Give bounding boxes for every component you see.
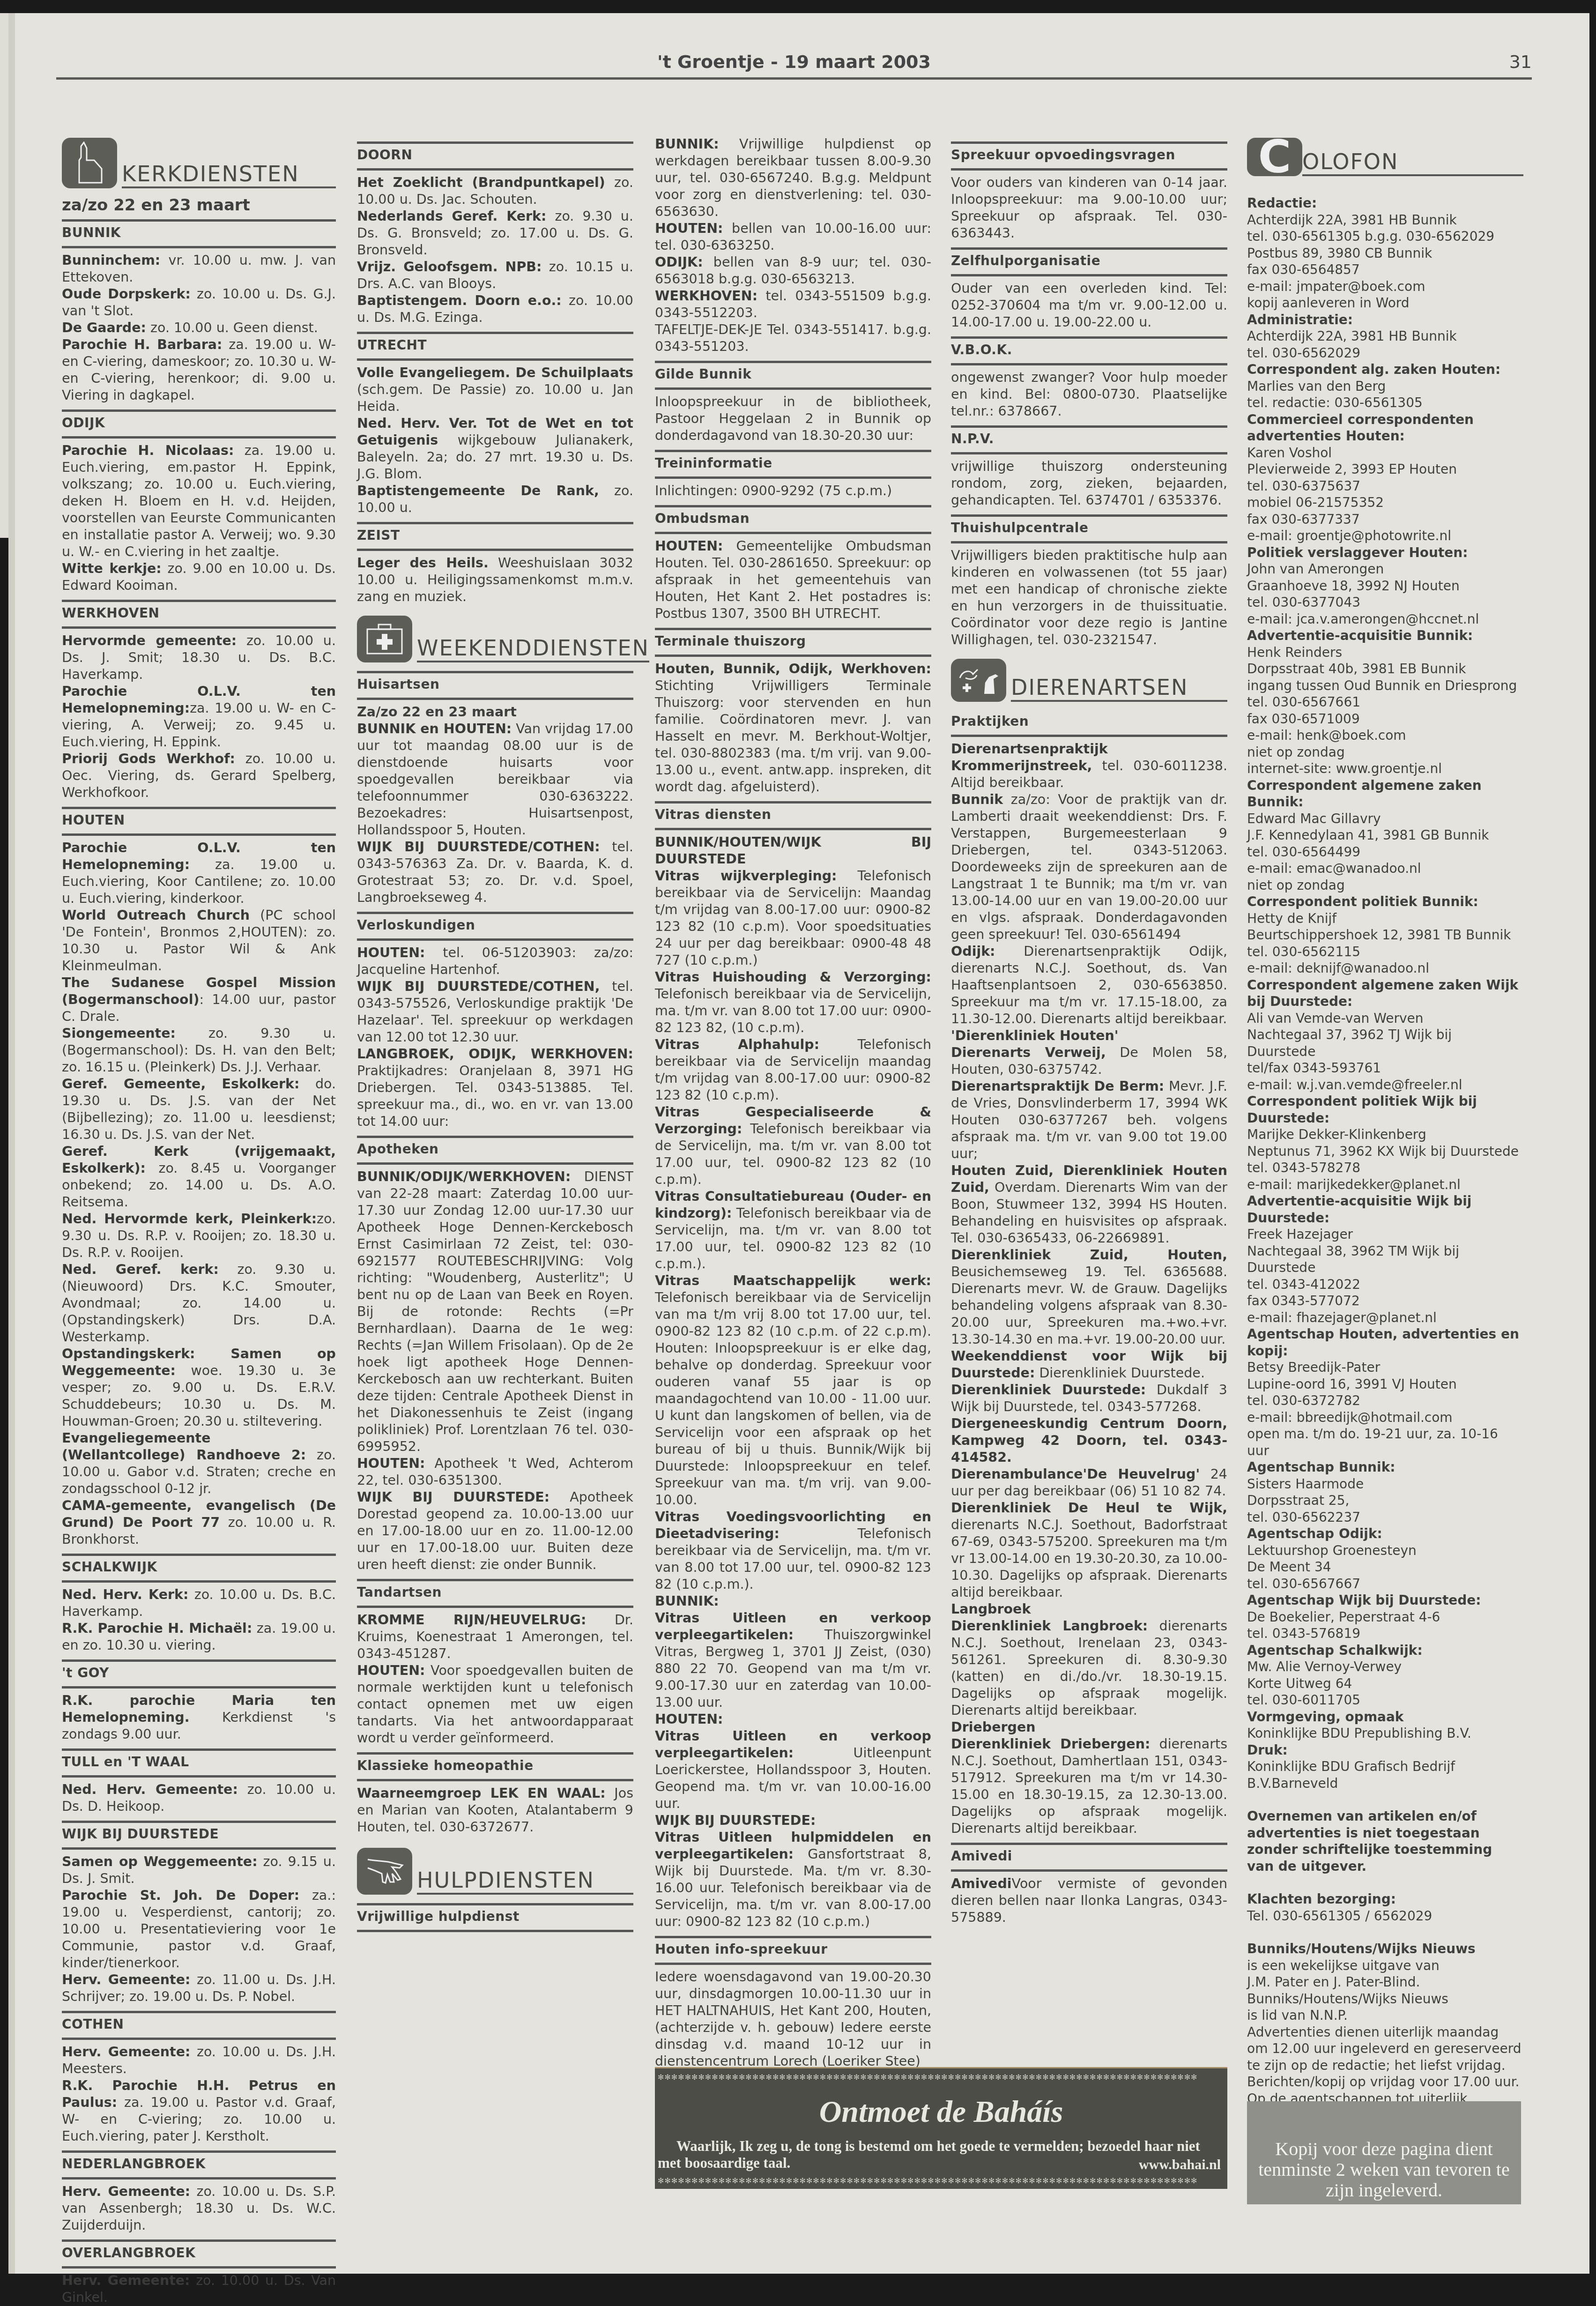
colofon-line[interactable]: e-mail: w.j.van.vemde@freeler.nl [1247,1077,1523,1093]
entry: Witte kerkje: zo. 9.00 en 10.00 u. Ds. E… [62,560,336,594]
colofon-label: Agentschap Bunnik: [1247,1459,1523,1476]
entry-label: HOUTEN: [357,1456,425,1471]
colofon-label: Advertentie-acquisitie Bunnik: [1247,627,1523,644]
colofon-line: Henk Reinders [1247,644,1523,661]
entry: Weekenddienst voor Wijk bij Duurstede: D… [951,1348,1227,1382]
letter-c-icon: C [1247,138,1302,176]
weekenddiensten-heading: WEEKENDDIENSTEN [357,616,633,662]
colofon-line: Marijke Dekker-Klinkenberg [1247,1126,1523,1143]
entry: Dierenkliniek Langbroek: dierenarts N.C.… [951,1618,1227,1719]
entry-label: KROMME RIJN/HEUVELRUG: [357,1612,586,1628]
entry-label: Dierenartspraktijk De Berm: [951,1079,1164,1094]
huisartsen-date: Za/zo 22 en 23 maart [357,704,633,721]
section-subhead: Vitras diensten [655,801,931,830]
entry-label: Ned. Hervormde kerk, Pleinkerk: [62,1211,317,1227]
entry-label: Geref. Gemeente, Eskolkerk: [62,1076,299,1092]
colofon-line: Sisters Haarmode [1247,1476,1523,1493]
entry-label: Dierenambulance'De Heuvelrug' [951,1466,1200,1482]
entry: WIJK BIJ DUURSTEDE/COTHEN, tel. 0343-575… [357,978,633,1046]
colofon-line: Karen Voshol [1247,445,1523,461]
entry-label: Volle Evangeliegem. De Schuilplaats [357,365,633,380]
entry: Bunnik za/zo: Voor de praktijk van dr. L… [951,791,1227,943]
entry: BUNNIK en HOUTEN: Van vrijdag 17.00 uur … [357,721,633,839]
entry: Inlichtingen: 0900-9292 (75 c.p.m.) [655,483,931,499]
colofon-line: Achterdijk 22A, 3981 HB Bunnik [1247,328,1523,345]
entry-label: 'Dierenkliniek Houten' [951,1028,1119,1043]
colofon-line: tel. 030-6567667 [1247,1576,1523,1592]
entry-text: za/zo: Voor de praktijk van dr. Lamberti… [951,792,1227,942]
section-title: OLOFON [1302,150,1523,176]
section-subhead: Spreekuur opvoedingsvragen [951,141,1227,171]
place-heading: HOUTEN [62,807,336,836]
colofon-line: J.F. Kennedylaan 41, 3981 GB Bunnik [1247,827,1523,844]
service-date: za/zo 22 en 23 maart [62,197,336,214]
colofon-label: Agentschap Odijk: [1247,1525,1523,1542]
entry: Vitras Gespecialiseerde & Verzorging: Te… [655,1104,931,1188]
colofon-line[interactable]: e-mail: groentje@photowrite.nl [1247,528,1523,544]
entry: Driebergen [951,1719,1227,1736]
colofon-label: Druk: [1247,1742,1523,1759]
section-title: DIERENARTSEN [1011,676,1227,702]
entry: Baptistengem. Doorn e.o.: zo. 10.00 u. D… [357,292,633,326]
ad-quote: Waarlijk, Ik zeg u, de tong is bestemd o… [658,2138,1221,2172]
entry: Ned. Herv. Gemeente: zo. 10.00 u. Ds. D.… [62,1781,336,1815]
entry-text: dierenarts N.C.J. Soethout, Badorfstraat… [951,1517,1227,1600]
entry: Herv. Gemeente: zo. 10.00 u. Ds. S.P. va… [62,2183,336,2234]
entry: Odijk: Dierenartsenpraktijk Odijk, diere… [951,943,1227,1027]
entry-text: ongewenst zwanger? Voor hulp moeder en k… [951,370,1227,419]
entry-label: De Gaarde: [62,320,146,335]
colofon-line[interactable]: e-mail: jca.v.amerongen@hccnet.nl [1247,611,1523,628]
colofon-blocks: Redactie:Achterdijk 22A, 3981 HB Bunnikt… [1247,195,1523,1792]
publisher-line: is een wekelijkse uitgave van [1247,1957,1523,1974]
publisher-line: Advertenties dienen uiterlijk maandag om… [1247,2024,1523,2074]
colofon-line: tel. 030-6561305 b.g.g. 030-6562029 [1247,228,1523,245]
kerk-places-col1: BUNNIKBunninchem: vr. 10.00 u. mw. J. va… [62,219,336,2280]
place-heading: NEDERLANGBROEK [62,2150,336,2180]
entry: World Outreach Church (PC school 'De Fon… [62,907,336,974]
colofon-label: Agentschap Schalkwijk: [1247,1642,1523,1659]
entry-label: BUNNIK en HOUTEN: [357,721,512,736]
entry-label: Oude Dorpskerk: [62,286,191,302]
entry: Baptistengemeente De Rank, zo. 10.00 u. [357,483,633,516]
publisher-line: Bunniks/Houtens/Wijks Nieuws [1247,1991,1523,2008]
colofon-line: tel/fax 0343-593761 [1247,1060,1523,1077]
entry: Ned. Hervormde kerk, Pleinkerk:zo. 9.30 … [62,1211,336,1261]
entry-text: vrijwillige thuiszorg ondersteuning rond… [951,459,1227,508]
entry: Dierenkliniek Driebergen: dierenarts N.C… [951,1736,1227,1837]
entry: Houten, Bunnik, Odijk, Werkhoven: Sticht… [655,661,931,796]
colofon-line: De Meent 34 [1247,1559,1523,1576]
colofon-label: Correspondent alg. zaken Houten: [1247,361,1523,378]
entry: Samen op Weggemeente: zo. 9.15 u. Ds. J.… [62,1853,336,1887]
entry-label: BUNNIK/HOUTEN/WIJK BIJ DUURSTEDE [655,834,931,867]
publisher-heading: Bunniks/Houtens/Wijks Nieuws [1247,1941,1523,1957]
entry: Vitras Voedingsvoorlichting en Dieetadvi… [655,1509,931,1593]
entry: WIJK BIJ DUURSTEDE: Apotheek Dorestad ge… [357,1489,633,1573]
colofon-line: Edward Mac Gillavry [1247,811,1523,827]
entry-label: Herv. Gemeente: [62,1972,190,1987]
place-heading: ODIJK [62,409,336,439]
entry: Houten Zuid, Dierenkliniek Houten Zuid, … [951,1162,1227,1247]
colofon-line: Betsy Breedijk-Pater [1247,1359,1523,1376]
colofon-line: tel. 0343-412022 [1247,1276,1523,1293]
colofon-line: tel. redactie: 030-6561305 [1247,394,1523,411]
entry: HOUTEN: bellen van 10.00-16.00 uur: tel.… [655,220,931,254]
colofon-line: Postbus 89, 3980 CB Bunnik [1247,245,1523,262]
entry-label: Langbroek [951,1601,1031,1617]
entry: R.K. parochie Maria ten Hemelopneming. K… [62,1692,336,1743]
entry-label: Dierenkliniek De Heul te Wijk, [951,1500,1227,1516]
first-aid-kit-icon [357,616,412,662]
colofon-line: Korte Uitweg 64 [1247,1675,1523,1692]
entry-label: Dierenkliniek Duurstede: [951,1382,1146,1398]
entry: Langbroek [951,1601,1227,1618]
colofon-label: Commercieel correspondenten advertenties… [1247,411,1523,445]
entry-text: Beusichemseweg 19. Tel. 6365688. Dierena… [951,1264,1227,1347]
entry-label: Dierenkliniek Driebergen: [951,1736,1150,1752]
star-border-top: ✻✻✻✻✻✻✻✻✻✻✻✻✻✻✻✻✻✻✻✻✻✻✻✻✻✻✻✻✻✻✻✻✻✻✻✻✻✻✻✻… [658,2073,1225,2083]
entry: Opstandingskerk: Samen op Weggemeente: w… [62,1346,336,1430]
entry-text: Stichting Vrijwilligers Terminale Thuisz… [655,678,931,795]
entry-label: Herv. Gemeente: [62,2044,190,2060]
colofon-line: Nachtegaal 38, 3962 TM Wijk bij Duursted… [1247,1243,1523,1276]
entry-label: Vitras Huishouding & Verzorging: [655,969,931,985]
entry: Dierenartspraktijk De Berm: Mevr. J.F. d… [951,1078,1227,1162]
entry: Geref. Gemeente, Eskolkerk: do. 19.30 u.… [62,1076,336,1143]
entry-label: Hervormde gemeente: [62,633,237,648]
amivedi-entries: AmivediVoor vermiste of gevonden dieren … [951,1875,1227,1926]
entry-label: HOUTEN: [655,1711,723,1727]
entry-label: Ned. Herv. Gemeente: [62,1782,238,1797]
entry-label: WIJK BIJ DUURSTEDE/COTHEN: [357,839,600,855]
subhead-amivedi: Amivedi [951,1843,1227,1872]
place-heading: WIJK BIJ DUURSTEDE [62,1821,336,1850]
entry: Leger des Heils. Weeshuislaan 3032 10.00… [357,555,633,605]
column-1: KERKDIENSTEN za/zo 22 en 23 maart BUNNIK… [62,136,336,2280]
section-subhead: Ombudsman [655,505,931,534]
entry: Oude Dorpskerk: zo. 10.00 u. Ds. G.J. va… [62,286,336,320]
colofon-label: Correspondent algemene zaken Wijk bij Du… [1247,977,1523,1010]
kopij-notice-box: Kopij voor deze pagina dient tenminste 2… [1247,2101,1521,2204]
colofon-line: Graanhoeve 18, 3992 NJ Houten [1247,578,1523,595]
huisartsen-entries: BUNNIK en HOUTEN: Van vrijdag 17.00 uur … [357,721,633,906]
entry: Vitras Maatschappelijk werk: Telefonisch… [655,1272,931,1509]
entry: BUNNIK/HOUTEN/WIJK BIJ DUURSTEDE [655,834,931,868]
entry-text: Ouder van een overleden kind. Tel: 0252-… [951,281,1227,330]
entry: The Sudanese Gospel Mission (Bogermansch… [62,974,336,1025]
place-heading: COTHEN [62,2011,336,2040]
colofon-label: Correspondent algemene zaken Bunnik: [1247,777,1523,811]
entry-text: TAFELTJE-DEK-JE Tel. 0343-551417. b.g.g.… [655,322,931,354]
section-subhead: Gilde Bunnik [655,361,931,390]
apotheken-entries: BUNNIK/ODIJK/WERKHOVEN: DIENST van 22-28… [357,1168,633,1573]
colofon-line: open ma. t/m do. 19-21 uur, za. 10-16 uu… [1247,1426,1523,1459]
entry: R.K. Parochie H. Michaël: za. 19.00 u. e… [62,1620,336,1654]
colofon-line: tel. 0343-578278 [1247,1160,1523,1176]
ad-headline: Ontmoet de Baháís [655,2094,1227,2130]
entry: LANGBROEK, ODIJK, WERKHOVEN: Praktijkadr… [357,1046,633,1130]
entry-label: Parochie H. Barbara: [62,337,223,352]
entry: Vitras Uitleen en verkoop verpleegartike… [655,1610,931,1711]
entry-text: Dierenkliniek Duurstede. [1035,1365,1205,1381]
dierenartsen-heading: DIERENARTSEN [951,659,1227,702]
entry: HOUTEN: Gemeentelijke Ombudsman Houten. … [655,538,931,622]
page-title: 't Groentje - 19 maart 2003 [56,52,1532,72]
entry-label: Dierenkliniek Zuid, Houten, [951,1247,1227,1263]
entry-label: Herv. Gemeente: [62,2273,190,2280]
colofon-line: niet op zondag [1247,877,1523,894]
entry-label: Baptistengemeente De Rank, [357,483,599,498]
entry: WERKHOVEN: tel. 0343-551509 b.g.g. 0343-… [655,288,931,321]
section-title: KERKDIENSTEN [122,162,336,188]
colofon-column: C OLOFON Redactie:Achterdijk 22A, 3981 H… [1247,136,1523,2140]
entry-text: Inloopspreekuur in de bibliotheek, Pasto… [655,394,931,443]
subhead-verloskundigen: Verloskundigen [357,912,633,941]
colofon-line[interactable]: e-mail: fhazejager@planet.nl [1247,1309,1523,1326]
place-heading: BUNNIK [62,219,336,248]
colofon-line: Nachtegaal 37, 3962 TJ Wijk bij Duursted… [1247,1027,1523,1060]
column-3: BUNNIK: Vrijwillige hulpdienst op werkda… [655,136,931,2070]
entry-label: Nederlands Geref. Kerk: [357,208,546,224]
entry-text: DIENST van 22-28 maart: Zaterdag 10.00 u… [357,1169,633,1454]
colofon-line: tel. 0343-576819 [1247,1625,1523,1642]
entry: 'Dierenkliniek Houten' [951,1027,1227,1044]
entry-label: Driebergen [951,1719,1036,1735]
entry-text: zo. 10.00 u. Geen dienst. [146,320,318,335]
place-heading: 't GOY [62,1659,336,1689]
entry-label: Priorij Gods Werkhof: [62,751,235,766]
place-heading: WERKHOVEN [62,600,336,629]
entry: Volle Evangeliegem. De Schuilplaats (sch… [357,364,633,415]
entry: BUNNIK: [655,1593,931,1610]
hulpdiensten-col4: Spreekuur opvoedingsvragenVoor ouders va… [951,141,1227,648]
colofon-heading: C OLOFON [1247,138,1523,176]
entry-text: za. 19.00 u. Euch.viering, em.pastor H. … [62,443,336,559]
colofon-line: De Boekelier, Peperstraat 4-6 [1247,1609,1523,1626]
ad-url-link[interactable]: www.bahai.nl [1139,2157,1221,2173]
colofon-line: fax 0343-577072 [1247,1293,1523,1309]
entry-label: WERKHOVEN: [655,288,757,304]
colofon-line: Koninklijke BDU Prepublishing B.V. [1247,1725,1523,1742]
colofon-line: Dorpsstraat 25, [1247,1492,1523,1509]
tandartsen-entries: KROMME RIJN/HEUVELRUG: Dr. Kruims, Koene… [357,1612,633,1747]
entry: Ned. Herv. Ver. Tot de Wet en tot Getuig… [357,415,633,483]
colofon-line: fax 030-6571009 [1247,711,1523,728]
entry-label: Het Zoeklicht (Brandpuntkapel) [357,175,605,190]
colofon-line: tel. 030-6372782 [1247,1392,1523,1409]
entry-label: Baptistengem. Doorn e.o.: [357,293,562,308]
colofon-label: Correspondent politiek Bunnik: [1247,893,1523,910]
praktijken-entries: Dierenartsenpraktijk Krommerijnstreek, t… [951,741,1227,1837]
bahai-advertisement: ✻✻✻✻✻✻✻✻✻✻✻✻✻✻✻✻✻✻✻✻✻✻✻✻✻✻✻✻✻✻✻✻✻✻✻✻✻✻✻✻… [655,2067,1227,2189]
entry: Inloopspreekuur in de bibliotheek, Pasto… [655,394,931,444]
column-2: DOORNHet Zoeklicht (Brandpuntkapel) zo. … [357,136,633,1936]
entry-label: Siongemeente: [62,1026,176,1041]
verloskundigen-entries: HOUTEN: tel. 06-51203903: za/zo: Jacquel… [357,945,633,1130]
subhead-vrijwillige-hulpdienst: Vrijwillige hulpdienst [357,1903,633,1932]
entry: CAMA-gemeente, evangelisch (De Grund) De… [62,1497,336,1548]
entry-label: Houten, Bunnik, Odijk, Werkhoven: [655,661,931,677]
entry: Dierenartsenpraktijk Krommerijnstreek, t… [951,741,1227,791]
entry: Het Zoeklicht (Brandpuntkapel) zo. 10.00… [357,174,633,208]
subhead-apotheken: Apotheken [357,1136,633,1165]
entry-label: Dierenartsenpraktijk Krommerijnstreek, [951,741,1108,774]
entry-label: HOUTEN: [655,221,723,236]
colofon-line[interactable]: e-mail: jmpater@boek.com [1247,278,1523,295]
entry: HOUTEN: tel. 06-51203903: za/zo: Jacquel… [357,945,633,978]
entry: HOUTEN: Voor spoedgevallen buiten de nor… [357,1662,633,1747]
entry: Herv. Gemeente: zo. 11.00 u. Ds. J.H. Sc… [62,1971,336,2005]
colofon-line: niet op zondag [1247,744,1523,761]
colofon-label: Redactie: [1247,195,1523,212]
entry: Parochie O.L.V. ten Hemelopneming:za. 19… [62,683,336,751]
place-heading: ZEIST [357,522,633,551]
entry-text: Overdam. Dierenarts Wim van der Boon, St… [951,1180,1227,1246]
homeopathie-entries: Waarneemgroep LEK EN WAAL: Jos en Marian… [357,1785,633,1836]
section-subhead: V.B.O.K. [951,336,1227,365]
colofon-label: Advertentie-acquisitie Wijk bij Duursted… [1247,1193,1523,1226]
entry: ODIJK: bellen van 8-9 uur; tel. 030-6563… [655,254,931,288]
entry-label: BUNNIK: [655,136,719,152]
entry: Bunninchem: vr. 10.00 u. mw. J. van Ette… [62,252,336,286]
entry: Dierenkliniek Duurstede: Dukdalf 3 Wijk … [951,1382,1227,1415]
entry: Vrijwilligers bieden praktitische hulp a… [951,547,1227,648]
page-number: 31 [1509,52,1532,72]
entry-label: World Outreach Church [62,908,250,923]
entry: Nederlands Geref. Kerk: zo. 9.30 u. Ds. … [357,208,633,259]
entry-text: Praktijkadres: Oranjelaan 8, 3971 HG Dri… [357,1063,633,1129]
copyright-notice: Overnemen van artikelen en/of advertenti… [1247,1808,1523,1875]
subhead-tandartsen: Tandartsen [357,1579,633,1608]
entry: Priorij Gods Werkhof: zo. 10.00 u. Oec. … [62,751,336,801]
place-heading: TULL en 'T WAAL [62,1748,336,1778]
subhead-praktijken: Praktijken [951,710,1227,737]
section-subhead: Zelfhulporganisatie [951,247,1227,276]
entry-label: Witte kerkje: [62,561,162,576]
entry-text: Van vrijdag 17.00 uur tot maandag 08.00 … [357,721,633,838]
entry: De Gaarde: zo. 10.00 u. Geen dienst. [62,320,336,336]
entry: WIJK BIJ DUURSTEDE: [655,1812,931,1829]
entry: Dierenambulance'De Heuvelrug' 24 uur per… [951,1466,1227,1500]
colofon-label: Vormgeving, opmaak [1247,1709,1523,1726]
colofon-line: Dorpsstraat 40b, 3981 EB Bunnik [1247,661,1523,677]
entry-label: WIJK BIJ DUURSTEDE/COTHEN, [357,979,600,994]
colofon-line[interactable]: e-mail: marijkedekker@planet.nl [1247,1176,1523,1193]
entry: Vrijz. Geloofsgem. NPB: zo. 10.15 u. Drs… [357,259,633,292]
entry-label: Ned. Geref. kerk: [62,1262,219,1277]
colofon-line: tel. 030-6011705 [1247,1692,1523,1709]
entry-label: Amivedi [951,1876,1012,1891]
colofon-line: Freek Hazejager [1247,1226,1523,1243]
colofon-line: Achterdijk 22A, 3981 HB Bunnik [1247,212,1523,229]
entry-label: Vitras wijkverpleging: [655,868,837,884]
entry-label: Leger des Heils. [357,555,489,571]
entry-text: Voor ouders van kinderen van 0-14 jaar. … [951,175,1227,241]
colofon-line: Koninklijke BDU Grafisch Bedrijf [1247,1758,1523,1775]
place-heading: SCHALKWIJK [62,1554,336,1583]
colofon-line: fax 030-6564857 [1247,261,1523,278]
entry-label: Ned. Herv. Kerk: [62,1587,188,1602]
pets-icon [951,659,1006,702]
entry-label: BUNNIK: [655,1593,719,1609]
place-heading: OVERLANGBROEK [62,2239,336,2269]
publisher-line: J.M. Pater en J. Pater-Blind. [1247,1974,1523,1991]
colofon-label: Agentschap Wijk bij Duurstede: [1247,1592,1523,1609]
helping-hand-icon [357,1848,412,1895]
colofon-line: tel. 030-6562029 [1247,345,1523,362]
page-header: 't Groentje - 19 maart 2003 31 [56,47,1532,80]
entry: KROMME RIJN/HEUVELRUG: Dr. Kruims, Koene… [357,1612,633,1662]
subhead-huisartsen: Huisartsen [357,671,633,700]
subhead-homeopathie: Klassieke homeopathie [357,1752,633,1781]
entry-label: HOUTEN: [357,945,425,960]
klachten-phone: Tel. 030-6561305 / 6562029 [1247,1908,1523,1925]
entry-text: Inlichtingen: 0900-9292 (75 c.p.m.) [655,483,892,498]
entry-label: Herv. Gemeente: [62,2184,190,2199]
entry-text: Telefonisch bereikbaar via de Servicelij… [655,986,931,1035]
section-subhead: Terminale thuiszorg [655,628,931,657]
colofon-line: tel. 030-6562115 [1247,944,1523,960]
colofon-line: kopij aanleveren in Word [1247,295,1523,312]
colofon-line[interactable]: e-mail: emac@wanadoo.nl [1247,860,1523,877]
entry: Waarneemgroep LEK EN WAAL: Jos en Marian… [357,1785,633,1836]
colofon-line: Lektuurshop Groenesteyn [1247,1542,1523,1559]
entry-label: ODIJK: [655,254,703,270]
entry: Dierenkliniek Zuid, Houten, Beusichemsew… [951,1247,1227,1348]
entry-label: Bunnik [951,792,1003,807]
entry-label: Evangeliegemeente (Wellantcollege) Randh… [62,1430,306,1463]
entry: HOUTEN: Apotheek 't Wed, Achterom 22, te… [357,1455,633,1489]
entry: Ned. Geref. kerk: zo. 9.30 u. (Nieuwoord… [62,1261,336,1346]
entry-label: Vitras Alphahulp: [655,1037,819,1052]
entry: vrijwillige thuiszorg ondersteuning rond… [951,458,1227,509]
publisher-line: is lid van N.N.P. [1247,2007,1523,2024]
hulpdiensten-col3: BUNNIK: Vrijwillige hulpdienst op werkda… [655,136,931,2070]
entry: Vitras Huishouding & Verzorging: Telefon… [655,969,931,1036]
colofon-line[interactable]: e-mail: deknijf@wanadoo.nl [1247,960,1523,977]
entry: Vitras wijkverpleging: Telefonisch berei… [655,868,931,969]
entry: TAFELTJE-DEK-JE Tel. 0343-551417. b.g.g.… [655,321,931,355]
entry-label: Bunninchem: [62,253,160,268]
colofon-line[interactable]: e-mail: henk@boek.com [1247,727,1523,744]
entry: Vitras Uitleen en verkoop verpleegartike… [655,1728,931,1812]
colofon-line: tel. 030-6562237 [1247,1509,1523,1526]
entry: AmivediVoor vermiste of gevonden dieren … [951,1875,1227,1926]
entry: Dierenkliniek De Heul te Wijk, dierenart… [951,1500,1227,1601]
entry-label: Parochie H. Nicolaas: [62,443,234,458]
hulpdiensten-heading: HULPDIENSTEN [357,1848,633,1895]
entry-text: Telefonisch bereikbaar via de Servicelij… [655,1290,931,1508]
entry: Evangeliegemeente (Wellantcollege) Randh… [62,1430,336,1497]
colofon-line: Beurtschippershoek 12, 3981 TB Bunnik [1247,927,1523,944]
entry-label: BUNNIK/ODIJK/WERKHOVEN: [357,1169,571,1184]
entry: Parochie H. Nicolaas: za. 19.00 u. Euch.… [62,442,336,560]
colofon-line[interactable]: e-mail: bbreedijk@hotmail.com [1247,1409,1523,1426]
entry: R.K. Parochie H.H. Petrus en Paulus: za.… [62,2077,336,2145]
entry-text: (sch.gem. De Passie) zo. 10.00 u. Jan He… [357,382,633,414]
entry-label: Samen op Weggemeente: [62,1854,258,1869]
entry: Parochie O.L.V. ten Hemelopneming: za. 1… [62,840,336,907]
colofon-line: Neptunus 71, 3962 KX Wijk bij Duurstede [1247,1143,1523,1160]
entry: Vitras Uitleen hulpmiddelen en verpleega… [655,1829,931,1930]
colofon-label: Agentschap Houten, advertenties en kopij… [1247,1326,1523,1359]
colofon-line: tel. 030-6375637 [1247,478,1523,495]
entry: Siongemeente: zo. 9.30 u. (Bogermanschoo… [62,1025,336,1076]
colofon-line[interactable]: internet-site: www.groentje.nl [1247,760,1523,777]
entry: Vitras Consultatiebureau (Ouder- en kind… [655,1188,931,1272]
entry: Ned. Herv. Kerk: zo. 10.00 u. Ds. B.C. H… [62,1586,336,1620]
